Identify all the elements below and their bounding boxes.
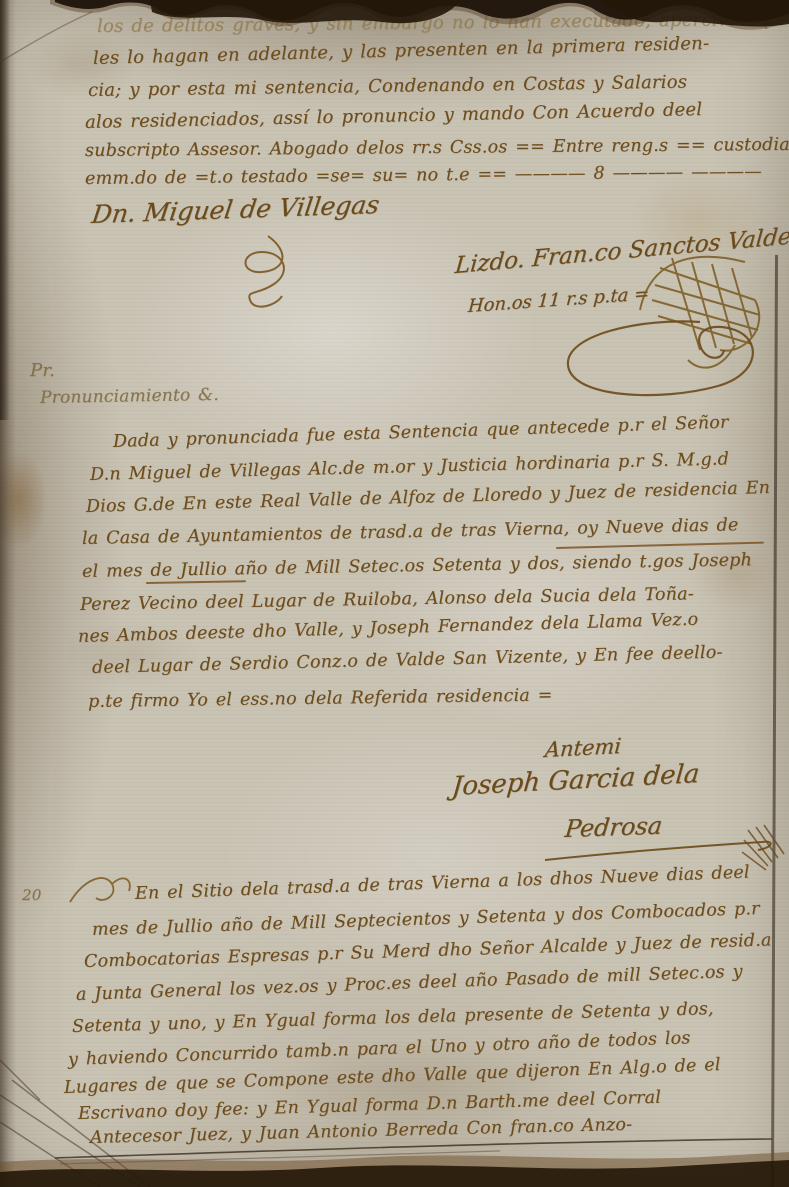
signature-garcia-pedrosa-line1: Joseph Garcia dela (451, 759, 701, 802)
manuscript-line: Dios G.de En este Real Valle de Alfoz de… (86, 478, 771, 517)
underline-nueve-dias (556, 542, 764, 549)
margin-folio-number: 20 (22, 886, 42, 904)
manuscript-line: D.n Miguel de Villegas Alc.de m.or y Jus… (90, 449, 730, 485)
signature-antemi: Antemi (544, 734, 622, 762)
manuscript-line: p.te firmo Yo el ess.no dela Referida re… (88, 686, 553, 712)
manuscript-line: emm.do de =t.o testado =se= su= no t.e =… (85, 162, 762, 189)
fee-note: Hon.os 11 r.s p.ta = (467, 283, 650, 317)
manuscript-line: Perez Vecino deel Lugar de Ruiloba, Alon… (80, 584, 694, 615)
manuscript-line: cia; y por esta mi sentencia, Condenando… (88, 72, 687, 101)
bottom-torn-edge (0, 1160, 789, 1187)
page-edge-line (771, 255, 778, 1187)
manuscript-line: deel Lugar de Serdio Conz.o de Valde San… (92, 643, 723, 678)
manuscript-page: los de delitos graves, y sin embargo no … (0, 0, 789, 1187)
manuscript-line: Dada y pronunciada fue esta Sentencia qu… (113, 413, 729, 452)
manuscript-line: subscripto Assesor. Abogado delos rr.s C… (85, 135, 789, 161)
valdes-loop-flourish (568, 321, 753, 395)
pedrosa-underline-flourish (545, 842, 771, 860)
manuscript-line: nes Ambos deeste dho Valle, y Joseph Fer… (78, 610, 699, 647)
signature-valdes: Lizdo. Fran.co Sanctos Valdes (454, 222, 789, 279)
manuscript-line: En el Sitio dela trasd.a de tras Vierna … (135, 863, 750, 904)
signature-villegas: Dn. Miguel de Villegas (90, 190, 381, 229)
manuscript-line: el mes de Jullio año de Mill Setec.os Se… (82, 550, 752, 582)
valdes-rubric-flourish (640, 257, 760, 368)
manuscript-line: les lo hagan en adelante, y las presente… (93, 33, 710, 69)
binding-edge-dark (0, 0, 10, 420)
crease-line-faint (60, 1151, 500, 1164)
manuscript-line: alos residenciados, assí lo pronuncio y … (85, 99, 703, 133)
margin-mark: Pr. (30, 360, 55, 381)
auto-opening-flourish (70, 878, 130, 902)
underline-de-jullio (146, 580, 246, 584)
bottom-edge-fringe (0, 1152, 789, 1187)
margin-heading-pronunciamiento: Pronunciamiento &. (40, 385, 219, 408)
villegas-rubric-flourish (246, 236, 284, 307)
signature-garcia-pedrosa-line2: Pedrosa (564, 812, 664, 844)
